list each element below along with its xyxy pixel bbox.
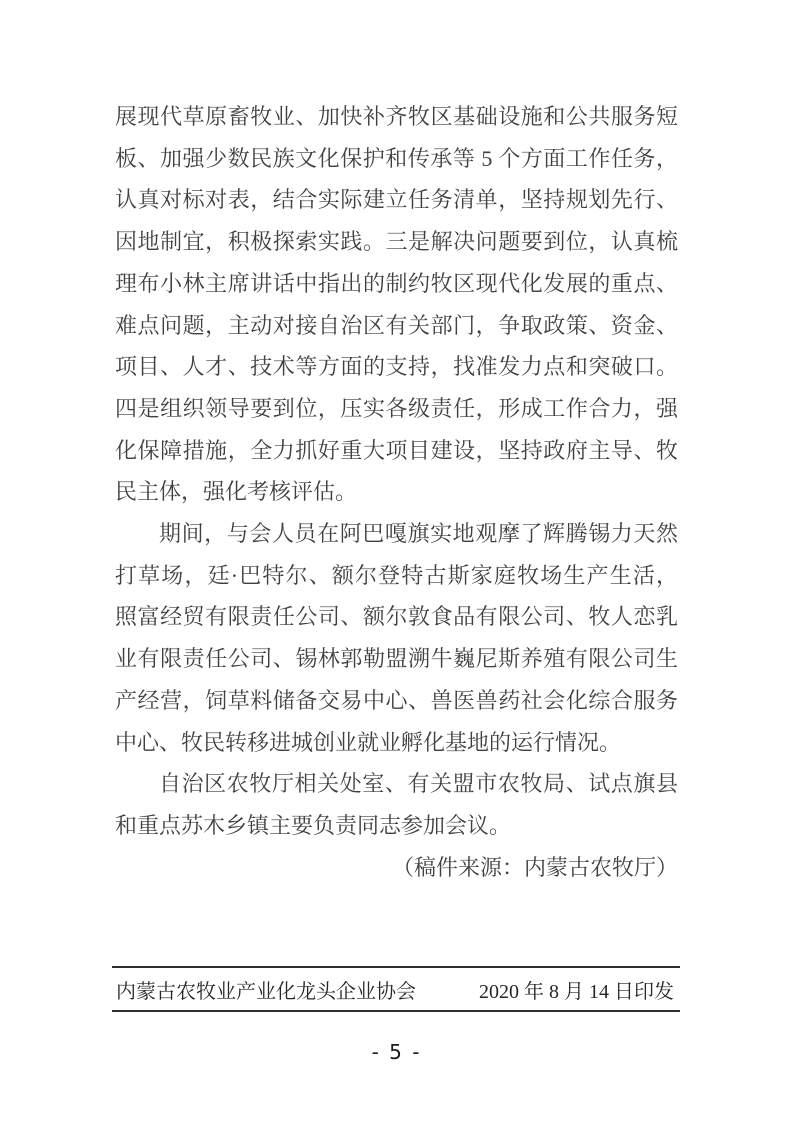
body-line-paragraph-start: 期间，与会人员在阿巴嘎旗实地观摩了辉腾锡力天然: [115, 513, 678, 555]
page-number: - 5 -: [0, 1040, 793, 1064]
issuer-name: 内蒙古农牧业产业化龙头企业协会: [112, 975, 416, 1004]
body-line: 难点问题，主动对接自治区有关部门，争取政策、资金、: [115, 305, 678, 347]
document-body: 展现代草原畜牧业、加快补齐牧区基础设施和公共服务短 板、加强少数民族文化保护和传…: [115, 96, 678, 888]
body-line: 因地制宜，积极探索实践。三是解决问题要到位，认真梳: [115, 221, 678, 263]
body-line: 民主体，强化考核评估。: [115, 471, 678, 513]
body-line: 四是组织领导要到位，压实各级责任，形成工作合力，强: [115, 388, 678, 430]
body-line: 项目、人才、技术等方面的支持，找准发力点和突破口。: [115, 346, 678, 388]
body-line: 业有限责任公司、锡林郭勒盟溯牛巍尼斯养殖有限公司生: [115, 638, 678, 680]
body-line: 板、加强少数民族文化保护和传承等 5 个方面工作任务，: [115, 138, 678, 180]
body-line: 化保障措施，全力抓好重大项目建设，坚持政府主导、牧: [115, 430, 678, 472]
body-line: 中心、牧民转移进城创业就业孵化基地的运行情况。: [115, 722, 678, 764]
print-date: 2020 年 8 月 14 日印发: [479, 975, 680, 1004]
body-line: 和重点苏木乡镇主要负责同志参加会议。: [115, 805, 678, 847]
body-line-paragraph-start: 自治区农牧厅相关处室、有关盟市农牧局、试点旗县: [115, 763, 678, 805]
body-line: 理布小林主席讲话中指出的制约牧区现代化发展的重点、: [115, 263, 678, 305]
body-line: 展现代草原畜牧业、加快补齐牧区基础设施和公共服务短: [115, 96, 678, 138]
body-line: 产经营，饲草料储备交易中心、兽医兽药社会化综合服务: [115, 680, 678, 722]
source-note: （稿件来源：内蒙古农牧厅）: [115, 847, 678, 889]
body-line: 照富经贸有限责任公司、额尔敦食品有限公司、牧人恋乳: [115, 596, 678, 638]
body-line: 打草场，廷·巴特尔、额尔登特古斯家庭牧场生产生活，: [115, 555, 678, 597]
body-line: 认真对标对表，结合实际建立任务清单，坚持规划先行、: [115, 179, 678, 221]
footer-bar: 内蒙古农牧业产业化龙头企业协会 2020 年 8 月 14 日印发: [112, 966, 680, 1012]
document-page: 展现代草原畜牧业、加快补齐牧区基础设施和公共服务短 板、加强少数民族文化保护和传…: [0, 0, 793, 1122]
